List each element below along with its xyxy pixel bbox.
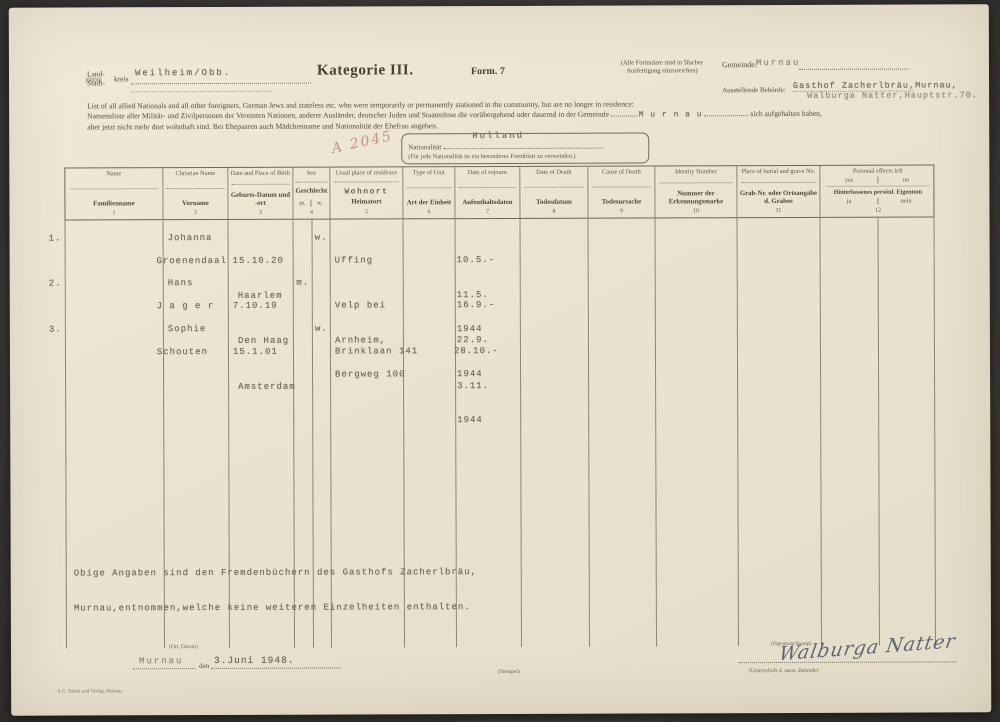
sojourn-from: 28.10.- <box>454 346 521 358</box>
kreis-dotted-line <box>131 83 311 85</box>
intro-dotted-gap1 <box>611 116 637 117</box>
ort-value: Murnau <box>139 656 183 666</box>
signature-line <box>739 661 957 663</box>
document-sheet: Land- Stadt- XXXXX kreis Weilheim/Obb. K… <box>9 4 991 715</box>
surname: Schouten <box>157 347 208 357</box>
printer-imprint: A.G. Druck und Verlag, Murnau <box>57 689 122 694</box>
col-header-burial: Place of burial and grave No. Grab-Nr. o… <box>737 166 820 206</box>
kreis-value: Weilheim/Obb. <box>135 68 231 78</box>
col-header-residence: Usual place of residence Wohnort Heimato… <box>330 167 403 207</box>
surname: J a g e r <box>157 301 215 311</box>
nationality-note: (Für jede Nationalität ist ein besondere… <box>408 153 575 161</box>
register-table: Name Familienname Christian Name Vorname… <box>64 164 936 648</box>
intro-dotted-gap2 <box>704 115 748 116</box>
stadt-strikeout: XXXXX <box>85 77 101 86</box>
col-header-birth: Date and Place of Birth Geburts-Datum un… <box>228 168 293 208</box>
row-number: 3. <box>49 325 62 337</box>
birth-date: 7.10.19 <box>233 301 294 313</box>
effects-subheader-de: ja nein <box>821 197 934 204</box>
sojourn-from: 16.9.- <box>457 300 521 312</box>
sex-w: w. <box>312 324 331 451</box>
col-header-death-cause: Cause of Death Todesursache <box>588 166 655 206</box>
gemeinde-dotted-line <box>799 69 909 70</box>
ort-datum-label: (Ort, Datum) <box>169 644 198 651</box>
kreis-label: kreis <box>114 74 129 83</box>
sojourn-from: 10.5.- <box>457 255 521 267</box>
effects-subheader-en: yes no <box>821 176 934 183</box>
gemeinde-value: Murnau <box>756 58 800 68</box>
birth-date: 15.10.20 <box>233 256 294 268</box>
col-header-identity: Identity Number Nummer der Erkennungsmar… <box>655 166 737 206</box>
red-handwritten-annotation: A 2045 <box>330 128 394 157</box>
form-number: Form. 7 <box>471 66 505 77</box>
behoerde-value-line1: Gasthof Zacherlbräu,Murnau, <box>793 80 958 91</box>
residence-line1: Brinklaan 141 <box>335 346 404 358</box>
col-header-death-date: Date of Death Todesdatum <box>520 167 588 207</box>
col-header-unit: Type of Unit Art der Einheit <box>403 167 455 207</box>
landkreis-block: Land- Stadt- XXXXX kreis Weilheim/Obb. <box>87 69 105 87</box>
intro-gemeinde-typed: M u r n a u <box>639 110 703 119</box>
ort-dotted-line <box>133 668 195 669</box>
source-note-line2: Murnau,entnommen,welche keine weiteren E… <box>74 602 477 615</box>
date-dotted-line <box>211 668 341 669</box>
intro-paragraph: List of all allied Nationals and all oth… <box>87 98 943 132</box>
surname: Groenendaal <box>156 256 226 266</box>
col-header-christian-name: Christian Name Vorname <box>163 168 228 208</box>
table-body: 1. Groenendaal Johanna 15.10.20 Haarlem … <box>65 217 936 648</box>
form-title: Kategorie III. <box>317 62 414 79</box>
kreis-dotted-line-2 <box>131 91 271 92</box>
birth-date: 15.1.01 <box>233 347 294 359</box>
unterschrift-label: (Unterschrift d. ausst. Behörde) <box>749 668 819 675</box>
intro-german-text: Namensliste aller Militär- und Zivilpers… <box>87 110 609 121</box>
behoerde-label: Ausstellende Behörde: <box>722 86 786 94</box>
intro-german-line1-end: sich aufgehalten haben, <box>750 109 822 118</box>
residence-typed-overlay: Wohnort <box>344 187 388 196</box>
birth-place: Amsterdam <box>238 381 294 393</box>
col-header-name: Name Familienname <box>65 168 163 208</box>
col-header-sojourn: Date of sojourn Aufenthaltsdaten <box>455 167 520 207</box>
date-value: 3.Juni 1948. <box>214 655 294 666</box>
residence-line1: Velp bei <box>335 300 404 312</box>
gemeinde-label: Gemeinde: <box>722 60 757 69</box>
source-note: Obige Angaben sind den Fremdenbüchern de… <box>74 544 478 637</box>
sojourn-to: 3.11. <box>457 380 521 392</box>
nationality-box: Holland Nationalität (Für jede Nationali… <box>401 132 649 164</box>
col-header-sex: Sex Geschlecht m. w. <box>293 168 330 208</box>
sex-m <box>294 324 312 451</box>
nationality-value: Holland <box>472 131 524 141</box>
nationality-label: Nationalität <box>408 143 441 151</box>
residence-line1: Uffing <box>335 255 404 267</box>
nationality-label-line: Nationalität <box>408 143 642 152</box>
stempel-label: (Stempel) <box>498 669 520 676</box>
row-number: 1. <box>49 234 62 246</box>
table-row: 3. Schouten Sophie 15.1.01 Amsterdam w. … <box>66 321 936 451</box>
den-label: den <box>199 662 209 670</box>
col-header-effects: Personal effects left yes no Hinterlasse… <box>820 165 935 205</box>
christian-name: Sophie <box>164 324 229 451</box>
table-header-row: Name Familienname Christian Name Vorname… <box>64 164 934 208</box>
nationality-dotted-line <box>443 148 603 150</box>
sojourn-year: 1944 <box>457 415 521 427</box>
row-number: 2. <box>49 279 62 291</box>
source-note-line1: Obige Angaben sind den Fremdenbüchern de… <box>74 567 477 580</box>
sex-subheader: m. w. <box>294 200 328 207</box>
copies-note: (Alle Formulare sind in 5facher Ausferti… <box>587 59 737 75</box>
copies-note-line2: Ausfertigung einzureichen) <box>587 67 737 75</box>
photo-background: Land- Stadt- XXXXX kreis Weilheim/Obb. K… <box>0 0 1000 722</box>
